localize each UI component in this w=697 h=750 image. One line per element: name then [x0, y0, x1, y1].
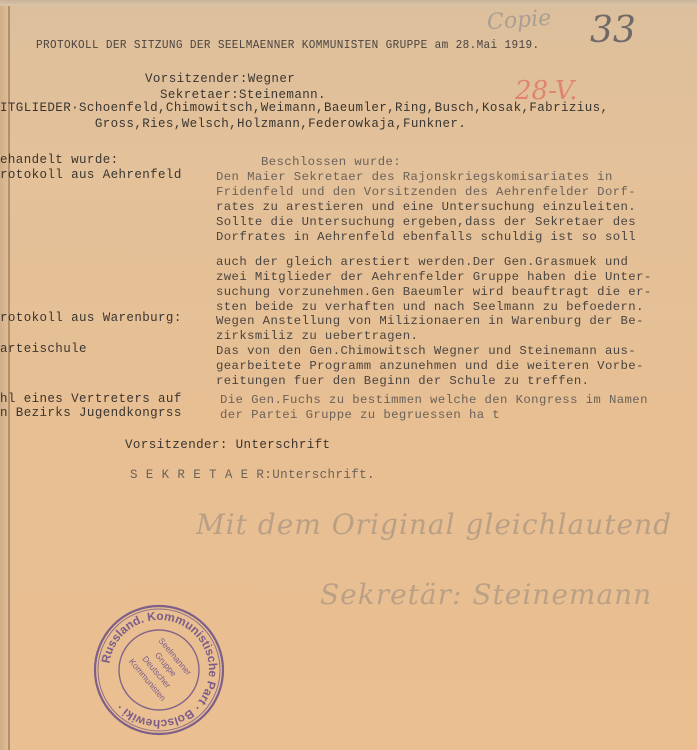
- members-line-1: ITGLIEDER·Schoenfeld,Chimowitsch,Weimann…: [0, 101, 608, 117]
- resolution-line: auch der gleich arestiert werden.Der Gen…: [216, 255, 628, 271]
- party-stamp: Russland. Kommunistische Part · Bolschew…: [92, 603, 226, 737]
- resolution-line: Wegen Anstellung von Milizionaeren in Wa…: [216, 314, 644, 330]
- agenda-topic-aehrenfeld: rotokoll aus Aehrenfeld: [0, 168, 182, 184]
- document-title: PROTOKOLL DER SITZUNG DER SEELMAENNER KO…: [36, 38, 540, 54]
- chairman-line: Vorsitzender:Wegner: [145, 72, 295, 88]
- secretary-handwritten-signature: Sekretär: Steinemann: [320, 578, 652, 611]
- resolution-line: Den Maier Sekretaer des Rajonskriegskomi…: [216, 170, 613, 186]
- page-top-edge: [0, 0, 697, 6]
- resolution-line: Das von den Gen.Chimowitsch Wegner und S…: [216, 344, 636, 360]
- copy-note: Copie: [486, 6, 552, 35]
- resolution-line: Dorfrates in Aehrenfeld ebenfalls schuld…: [216, 230, 636, 246]
- agenda-topic-youth-congress-2: n Bezirks Jugendkongrss: [0, 406, 182, 422]
- resolution-line: zwei Mitglieder der Aehrenfelder Gruppe …: [216, 270, 652, 286]
- resolution-line: Die Gen.Fuchs zu bestimmen welche den Ko…: [220, 393, 648, 409]
- secretary-signature-line: S E K R E T A E R:Unterschrift.: [130, 468, 375, 484]
- resolution-line: Sollte die Untersuchung ergeben,dass der…: [216, 215, 636, 231]
- resolution-line: gearbeitete Programm anzunehmen und die …: [216, 359, 644, 375]
- resolution-line: reitungen fuer den Beginn der Schule zu …: [216, 374, 589, 390]
- stamp-seal-icon: Russland. Kommunistische Part · Bolschew…: [92, 603, 226, 737]
- discussed-header: ehandelt wurde:: [0, 153, 119, 169]
- members-line-2: Gross,Ries,Welsch,Holzmann,Federowkaja,F…: [0, 117, 466, 133]
- agenda-topic-parteischule: arteischule: [0, 342, 87, 358]
- agenda-topic-warenburg: rotokoll aus Warenburg:: [0, 311, 182, 327]
- resolution-line: suchung vorzunehmen.Gen Baeumler wird be…: [216, 285, 652, 301]
- resolution-line: zirksmiliz zu uebertragen.: [216, 329, 418, 345]
- page-number: 33: [590, 10, 636, 51]
- chairman-signature-line: Vorsitzender: Unterschrift: [125, 438, 330, 454]
- resolved-header: Beschlossen wurde:: [261, 155, 401, 171]
- certification-handwriting: Mit dem Original gleichlautend: [196, 508, 672, 541]
- document-page: Copie 33 28-V. PROTOKOLL DER SITZUNG DER…: [0, 0, 697, 750]
- resolution-line: rates zu arestieren und eine Untersuchun…: [216, 200, 636, 216]
- resolution-line: der Partei Gruppe zu begruessen ha t: [220, 408, 500, 424]
- resolution-line: Fridenfeld und den Vorsitzenden des Aehr…: [216, 185, 636, 201]
